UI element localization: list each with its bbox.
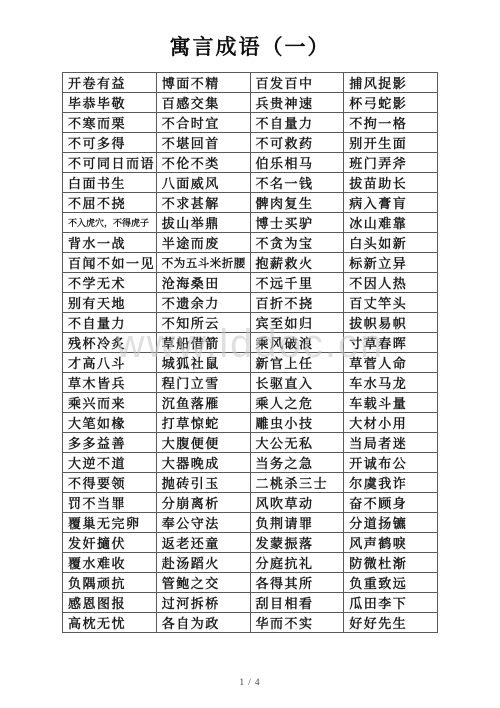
idiom-cell: 车载斗量 bbox=[344, 393, 438, 413]
idiom-cell: 不寒而栗 bbox=[63, 113, 157, 133]
idiom-cell: 不得要领 bbox=[63, 473, 157, 493]
page-number-indicator: 1 / 4 bbox=[0, 677, 500, 687]
table-row: 毕恭毕敬百感交集兵贵神速杯弓蛇影 bbox=[63, 93, 438, 113]
idiom-cell: 赴汤蹈火 bbox=[156, 553, 250, 573]
table-row: 残杯冷炙草船借箭乘风破浪寸草春晖 bbox=[63, 333, 438, 353]
idiom-cell: 百发百中 bbox=[250, 73, 344, 93]
table-row: 不入虎穴，不得虎子拔山举鼎博士买驴冰山难靠 bbox=[63, 213, 438, 233]
table-row: 别有天地不遗余力百折不挠百丈竿头 bbox=[63, 293, 438, 313]
idiom-cell: 杯弓蛇影 bbox=[344, 93, 438, 113]
idiom-cell: 大器晚成 bbox=[156, 453, 250, 473]
idiom-cell: 别有天地 bbox=[63, 293, 157, 313]
idiom-cell: 长驱直入 bbox=[250, 373, 344, 393]
idiom-cell: 沉鱼落雁 bbox=[156, 393, 250, 413]
idiom-cell: 不远千里 bbox=[250, 273, 344, 293]
idiom-cell: 背水一战 bbox=[63, 233, 157, 253]
idiom-cell: 开诚布公 bbox=[344, 453, 438, 473]
idiom-cell: 不伦不类 bbox=[156, 153, 250, 173]
table-row: 不屈不挠不求甚解髀肉复生病入膏肓 bbox=[63, 193, 438, 213]
idiom-cell: 开卷有益 bbox=[63, 73, 157, 93]
idiom-cell: 宾至如归 bbox=[250, 313, 344, 333]
table-row: 高枕无忧各自为政华而不实好好先生 bbox=[63, 613, 438, 633]
table-row: 大笔如椽打草惊蛇雕虫小技大材小用 bbox=[63, 413, 438, 433]
idiom-cell: 大公无私 bbox=[250, 433, 344, 453]
idiom-cell: 病入膏肓 bbox=[344, 193, 438, 213]
idiom-cell: 乘人之危 bbox=[250, 393, 344, 413]
idiom-cell: 雕虫小技 bbox=[250, 413, 344, 433]
idiom-cell: 不贪为宝 bbox=[250, 233, 344, 253]
table-row: 不得要领抛砖引玉二桃杀三士尔虞我诈 bbox=[63, 473, 438, 493]
idiom-cell: 不自量力 bbox=[63, 313, 157, 333]
table-row: 不可多得不堪回首不可救药别开生面 bbox=[63, 133, 438, 153]
idiom-cell: 覆巢无完卵 bbox=[63, 513, 157, 533]
idiom-cell: 不拘一格 bbox=[344, 113, 438, 133]
idiom-cell: 好好先生 bbox=[344, 613, 438, 633]
idiom-cell: 防微杜渐 bbox=[344, 553, 438, 573]
idiom-cell: 白头如新 bbox=[344, 233, 438, 253]
idiom-cell: 髀肉复生 bbox=[250, 193, 344, 213]
idiom-cell: 不合时宜 bbox=[156, 113, 250, 133]
table-row: 覆巢无完卵奉公守法负荆请罪分道扬镳 bbox=[63, 513, 438, 533]
idiom-cell: 草菅人命 bbox=[344, 353, 438, 373]
idiom-cell: 不为五斗米折腰 bbox=[156, 253, 250, 273]
idiom-cell: 当局者迷 bbox=[344, 433, 438, 453]
idiom-cell: 乘兴而来 bbox=[63, 393, 157, 413]
idiom-cell: 拔山举鼎 bbox=[156, 213, 250, 233]
idiom-cell: 不名一钱 bbox=[250, 173, 344, 193]
idiom-cell: 不可同日而语 bbox=[63, 153, 157, 173]
idiom-cell: 车水马龙 bbox=[344, 373, 438, 393]
idiom-cell: 八面威风 bbox=[156, 173, 250, 193]
table-row: 多多益善大腹便便大公无私当局者迷 bbox=[63, 433, 438, 453]
idiom-cell: 班门弄斧 bbox=[344, 153, 438, 173]
idiom-cell: 沧海桑田 bbox=[156, 273, 250, 293]
idiom-cell: 不屈不挠 bbox=[63, 193, 157, 213]
idiom-cell: 大腹便便 bbox=[156, 433, 250, 453]
idiom-cell: 草船借箭 bbox=[156, 333, 250, 353]
idiom-cell: 罚不当罪 bbox=[63, 493, 157, 513]
idiom-cell: 抛砖引玉 bbox=[156, 473, 250, 493]
table-row: 不可同日而语不伦不类伯乐相马班门弄斧 bbox=[63, 153, 438, 173]
idiom-cell: 新官上任 bbox=[250, 353, 344, 373]
idiom-cell: 残杯冷炙 bbox=[63, 333, 157, 353]
table-row: 覆水难收赴汤蹈火分庭抗礼防微杜渐 bbox=[63, 553, 438, 573]
idiom-cell: 程门立雪 bbox=[156, 373, 250, 393]
document-page: 寓言成语（一） 开卷有益博面不精百发百中捕风捉影毕恭毕敬百感交集兵贵神速杯弓蛇影… bbox=[0, 0, 500, 708]
idiom-cell: 当务之急 bbox=[250, 453, 344, 473]
idiom-cell: 过河拆桥 bbox=[156, 593, 250, 613]
idiom-cell: 大逆不道 bbox=[63, 453, 157, 473]
idiom-cell: 不知所云 bbox=[156, 313, 250, 333]
idiom-cell: 不学无术 bbox=[63, 273, 157, 293]
idiom-cell: 百丈竿头 bbox=[344, 293, 438, 313]
idiom-cell: 冰山难靠 bbox=[344, 213, 438, 233]
idiom-cell: 华而不实 bbox=[250, 613, 344, 633]
idiom-cell: 不自量力 bbox=[250, 113, 344, 133]
idiom-cell: 管鲍之交 bbox=[156, 573, 250, 593]
idiom-cell: 二桃杀三士 bbox=[250, 473, 344, 493]
idiom-cell: 感恩图报 bbox=[63, 593, 157, 613]
idiom-cell: 奋不顾身 bbox=[344, 493, 438, 513]
idiom-cell: 返老还童 bbox=[156, 533, 250, 553]
idiom-cell: 伯乐相马 bbox=[250, 153, 344, 173]
idiom-cell: 不遗余力 bbox=[156, 293, 250, 313]
idiom-cell: 尔虞我诈 bbox=[344, 473, 438, 493]
table-row: 才高八斗城狐社鼠新官上任草菅人命 bbox=[63, 353, 438, 373]
idiom-cell: 负重致远 bbox=[344, 573, 438, 593]
idiom-cell: 不堪回首 bbox=[156, 133, 250, 153]
idiom-cell: 多多益善 bbox=[63, 433, 157, 453]
idiom-cell: 百折不挠 bbox=[250, 293, 344, 313]
idiom-cell: 各自为政 bbox=[156, 613, 250, 633]
idiom-cell: 瓜田李下 bbox=[344, 593, 438, 613]
idiom-cell: 博面不精 bbox=[156, 73, 250, 93]
idiom-cell: 打草惊蛇 bbox=[156, 413, 250, 433]
idiom-cell: 捕风捉影 bbox=[344, 73, 438, 93]
idiom-cell: 发蒙振落 bbox=[250, 533, 344, 553]
table-row: 发奸擿伏返老还童发蒙振落风声鹤唳 bbox=[63, 533, 438, 553]
idiom-cell: 寸草春晖 bbox=[344, 333, 438, 353]
table-row: 不学无术沧海桑田不远千里不因人热 bbox=[63, 273, 438, 293]
table-row: 开卷有益博面不精百发百中捕风捉影 bbox=[63, 73, 438, 93]
idiom-cell: 乘风破浪 bbox=[250, 333, 344, 353]
idiom-cell: 分庭抗礼 bbox=[250, 553, 344, 573]
idiom-cell: 分道扬镳 bbox=[344, 513, 438, 533]
idiom-cell: 不可多得 bbox=[63, 133, 157, 153]
idiom-cell: 不因人热 bbox=[344, 273, 438, 293]
idiom-cell: 别开生面 bbox=[344, 133, 438, 153]
table-row: 乘兴而来沉鱼落雁乘人之危车载斗量 bbox=[63, 393, 438, 413]
table-row: 感恩图报过河拆桥刮目相看瓜田李下 bbox=[63, 593, 438, 613]
idiom-cell: 城狐社鼠 bbox=[156, 353, 250, 373]
idiom-cell: 分崩离析 bbox=[156, 493, 250, 513]
idiom-cell: 不求甚解 bbox=[156, 193, 250, 213]
idiom-cell: 拔帜易帜 bbox=[344, 313, 438, 333]
idiom-cell: 负荆请罪 bbox=[250, 513, 344, 533]
idiom-cell: 草木皆兵 bbox=[63, 373, 157, 393]
idiom-cell: 标新立异 bbox=[344, 253, 438, 273]
table-row: 不自量力不知所云宾至如归拔帜易帜 bbox=[63, 313, 438, 333]
table-row: 草木皆兵程门立雪长驱直入车水马龙 bbox=[63, 373, 438, 393]
idiom-cell: 发奸擿伏 bbox=[63, 533, 157, 553]
idiom-cell: 不可救药 bbox=[250, 133, 344, 153]
idiom-cell: 各得其所 bbox=[250, 573, 344, 593]
idiom-cell: 奉公守法 bbox=[156, 513, 250, 533]
idiom-cell: 白面书生 bbox=[63, 173, 157, 193]
table-row: 白面书生八面威风不名一钱拔苗助长 bbox=[63, 173, 438, 193]
table-row: 百闻不如一见不为五斗米折腰抱薪救火标新立异 bbox=[63, 253, 438, 273]
idiom-cell: 大材小用 bbox=[344, 413, 438, 433]
idiom-cell: 兵贵神速 bbox=[250, 93, 344, 113]
page-title: 寓言成语（一） bbox=[0, 31, 500, 61]
idiom-cell: 抱薪救火 bbox=[250, 253, 344, 273]
idiom-cell: 大笔如椽 bbox=[63, 413, 157, 433]
idiom-cell: 高枕无忧 bbox=[63, 613, 157, 633]
idiom-cell: 拔苗助长 bbox=[344, 173, 438, 193]
table-row: 罚不当罪分崩离析风吹草动奋不顾身 bbox=[63, 493, 438, 513]
table-row: 负隅顽抗管鲍之交各得其所负重致远 bbox=[63, 573, 438, 593]
idiom-cell: 百闻不如一见 bbox=[63, 253, 157, 273]
idiom-table: 开卷有益博面不精百发百中捕风捉影毕恭毕敬百感交集兵贵神速杯弓蛇影不寒而栗不合时宜… bbox=[62, 72, 438, 633]
table-row: 不寒而栗不合时宜不自量力不拘一格 bbox=[63, 113, 438, 133]
idiom-cell: 负隅顽抗 bbox=[63, 573, 157, 593]
idiom-cell: 覆水难收 bbox=[63, 553, 157, 573]
idiom-cell: 才高八斗 bbox=[63, 353, 157, 373]
idiom-table-body: 开卷有益博面不精百发百中捕风捉影毕恭毕敬百感交集兵贵神速杯弓蛇影不寒而栗不合时宜… bbox=[63, 73, 438, 633]
idiom-cell: 毕恭毕敬 bbox=[63, 93, 157, 113]
idiom-cell: 刮目相看 bbox=[250, 593, 344, 613]
idiom-cell: 半途而废 bbox=[156, 233, 250, 253]
idiom-cell: 风吹草动 bbox=[250, 493, 344, 513]
table-row: 大逆不道大器晚成当务之急开诚布公 bbox=[63, 453, 438, 473]
table-row: 背水一战半途而废不贪为宝白头如新 bbox=[63, 233, 438, 253]
idiom-cell: 风声鹤唳 bbox=[344, 533, 438, 553]
idiom-cell: 博士买驴 bbox=[250, 213, 344, 233]
idiom-cell: 百感交集 bbox=[156, 93, 250, 113]
idiom-cell: 不入虎穴，不得虎子 bbox=[63, 213, 157, 233]
